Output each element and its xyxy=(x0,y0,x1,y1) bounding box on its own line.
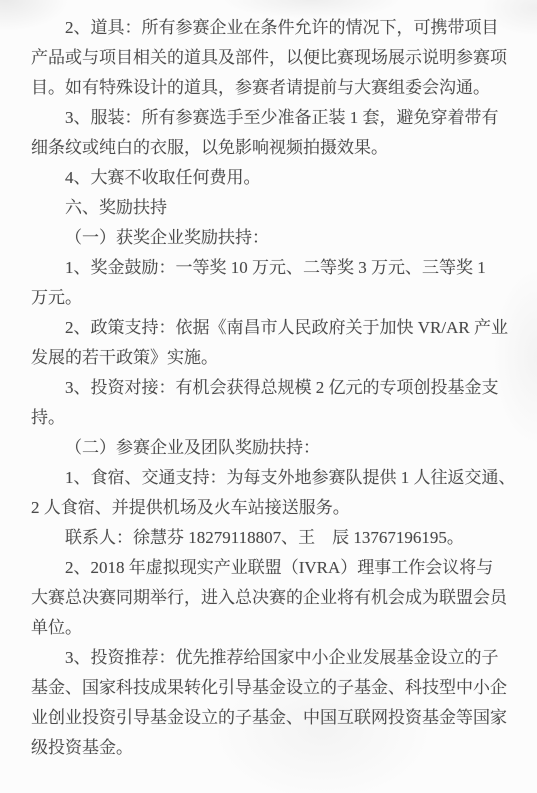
document-line: 目。如有特殊设计的道具，参赛者请提前与大赛组委会沟通。 xyxy=(31,73,509,103)
document-subsection-heading: （二）参赛企业及团队奖励扶持： xyxy=(31,433,509,463)
document-line: 万元。 xyxy=(31,283,509,313)
document-section-heading: 六、奖励扶持 xyxy=(31,193,509,223)
document-line: 1、食宿、交通支持：为每支外地参赛队提供 1 人往返交通、 xyxy=(31,463,509,493)
document-line: 单位。 xyxy=(31,613,509,643)
document-line: 3、服装：所有参赛选手至少准备正装 1 套，避免穿着带有 xyxy=(31,103,509,133)
document-contact-line: 联系人：徐慧芬 18279118807、王 辰 13767196195。 xyxy=(31,523,509,553)
document-line: 2、政策支持：依据《南昌市人民政府关于加快 VR/AR 产业 xyxy=(31,313,509,343)
document-text-block: 2、道具：所有参赛企业在条件允许的情况下，可携带项目 产品或与项目相关的道具及部… xyxy=(31,13,509,763)
document-line: 业创业投资引导基金设立的子基金、中国互联网投资基金等国家 xyxy=(31,703,509,733)
document-line: 基金、国家科技成果转化引导基金设立的子基金、科技型中小企 xyxy=(31,673,509,703)
document-line: 3、投资推荐：优先推荐给国家中小企业发展基金设立的子 xyxy=(31,643,509,673)
document-line: 1、奖金鼓励：一等奖 10 万元、二等奖 3 万元、三等奖 1 xyxy=(31,253,509,283)
document-line: 级投资基金。 xyxy=(31,733,509,763)
document-line: 4、大赛不收取任何费用。 xyxy=(31,163,509,193)
document-line: 2、道具：所有参赛企业在条件允许的情况下，可携带项目 xyxy=(31,13,509,43)
document-line: 发展的若干政策》实施。 xyxy=(31,343,509,373)
document-line: 持。 xyxy=(31,403,509,433)
document-subsection-heading: （一）获奖企业奖励扶持： xyxy=(31,223,509,253)
document-line: 细条纹或纯白的衣服，以免影响视频拍摄效果。 xyxy=(31,133,509,163)
scanned-document-page: 2、道具：所有参赛企业在条件允许的情况下，可携带项目 产品或与项目相关的道具及部… xyxy=(0,0,537,793)
document-line: 大赛总决赛同期举行，进入总决赛的企业将有机会成为联盟会员 xyxy=(31,583,509,613)
document-line: 3、投资对接：有机会获得总规模 2 亿元的专项创投基金支 xyxy=(31,373,509,403)
document-line: 产品或与项目相关的道具及部件，以便比赛现场展示说明参赛项 xyxy=(31,43,509,73)
document-line: 2 人食宿、并提供机场及火车站接送服务。 xyxy=(31,493,509,523)
document-line: 2、2018 年虚拟现实产业联盟（IVRA）理事工作会议将与 xyxy=(31,553,509,583)
